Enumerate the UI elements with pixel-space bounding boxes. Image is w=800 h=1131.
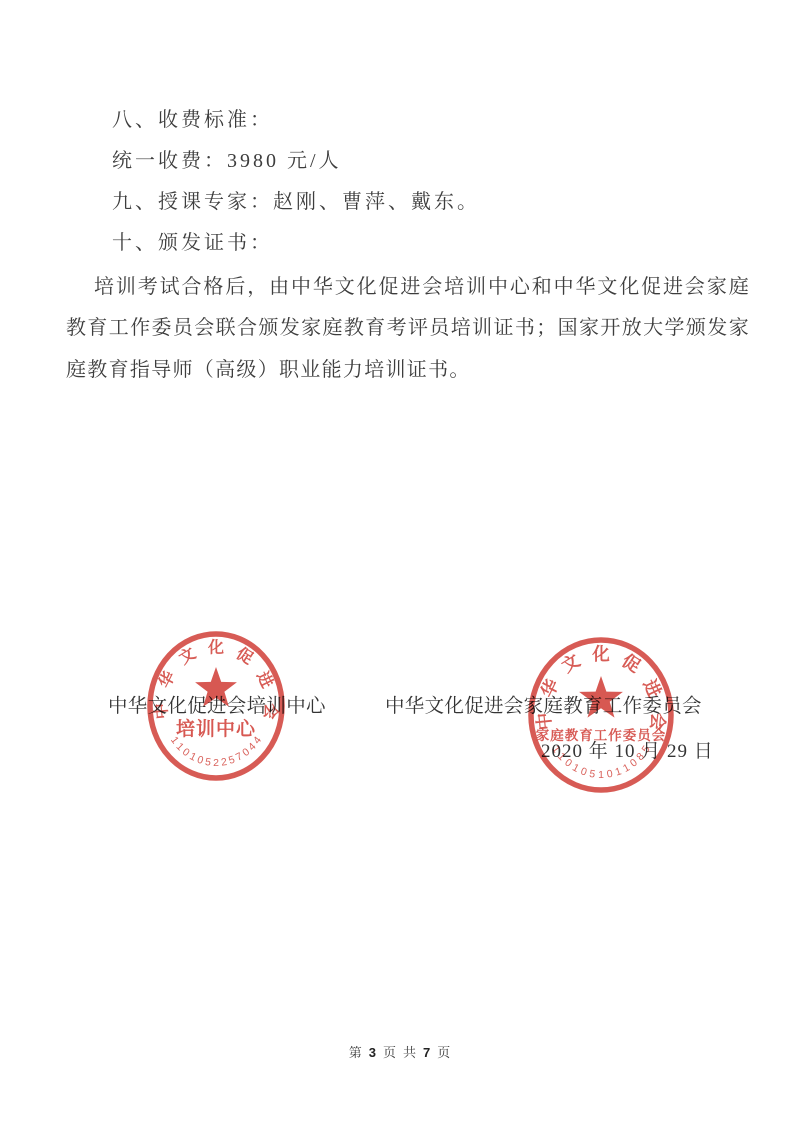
svg-text:0: 0 <box>240 746 252 759</box>
svg-text:5: 5 <box>588 768 596 781</box>
footer-prefix: 第 <box>349 1045 363 1060</box>
doc-line-fee-heading: 八、收费标准： <box>66 100 750 141</box>
svg-text:化: 化 <box>207 638 224 657</box>
svg-text:0: 0 <box>579 765 588 778</box>
svg-text:2: 2 <box>220 756 228 769</box>
svg-text:华: 华 <box>155 668 179 691</box>
document-page: 八、收费标准： 统一收费：3980 元/人 九、授课专家：赵刚、曹萍、戴东。 十… <box>0 0 800 1131</box>
svg-text:文: 文 <box>175 643 199 668</box>
footer-page-word2: 页 <box>437 1045 451 1060</box>
footer-total-pages: 7 <box>423 1045 431 1060</box>
svg-text:1: 1 <box>614 765 623 778</box>
signature-right-org: 中华文化促进会家庭教育工作委员会 <box>385 690 702 718</box>
svg-text:文: 文 <box>558 650 584 676</box>
svg-text:1: 1 <box>570 762 581 775</box>
doc-line-fee-amount: 统一收费：3980 元/人 <box>66 141 750 182</box>
footer-current-page: 3 <box>369 1045 377 1060</box>
seal-serial-number: 1101052257044 <box>168 734 264 769</box>
footer-page-word: 页 <box>383 1045 397 1060</box>
page-footer: 第3页共7页 <box>0 1042 800 1061</box>
svg-text:7: 7 <box>234 750 245 763</box>
svg-text:1: 1 <box>188 750 199 763</box>
svg-text:4: 4 <box>251 734 264 746</box>
signature-date: 2020 年 10 月 29 日 <box>541 736 714 763</box>
official-seal-family-education-committee: 中华文化促进会家庭教育工作委员会1101051011085 <box>525 637 677 802</box>
svg-text:1: 1 <box>168 734 181 746</box>
svg-text:促: 促 <box>233 643 257 668</box>
svg-text:进: 进 <box>253 669 276 691</box>
document-body: 八、收费标准： 统一收费：3980 元/人 九、授课专家：赵刚、曹萍、戴东。 十… <box>66 100 750 391</box>
svg-text:0: 0 <box>180 746 192 759</box>
svg-text:2: 2 <box>213 757 219 769</box>
seal-arc-text: 中华文化促进会 <box>533 644 668 732</box>
footer-total-word: 共 <box>403 1045 417 1060</box>
svg-text:0: 0 <box>196 754 205 767</box>
svg-text:化: 化 <box>591 644 610 664</box>
svg-text:促: 促 <box>618 650 644 676</box>
doc-line-experts: 九、授课专家：赵刚、曹萍、戴东。 <box>66 182 750 223</box>
svg-text:5: 5 <box>227 754 236 767</box>
seal-center-text: 培训中心 <box>176 717 256 740</box>
svg-text:0: 0 <box>606 768 614 781</box>
svg-text:4: 4 <box>246 740 259 753</box>
signature-left-org: 中华文化促进会培训中心 <box>108 690 326 718</box>
doc-paragraph-certificate: 培训考试合格后，由中华文化促进会培训中心和中华文化促进会家庭教育工作委员会联合颁… <box>66 267 750 391</box>
svg-text:1: 1 <box>621 761 632 774</box>
svg-text:5: 5 <box>204 756 212 769</box>
svg-text:1: 1 <box>174 741 187 754</box>
doc-line-certificate-heading: 十、颁发证书： <box>66 223 750 264</box>
svg-text:1: 1 <box>598 769 604 781</box>
